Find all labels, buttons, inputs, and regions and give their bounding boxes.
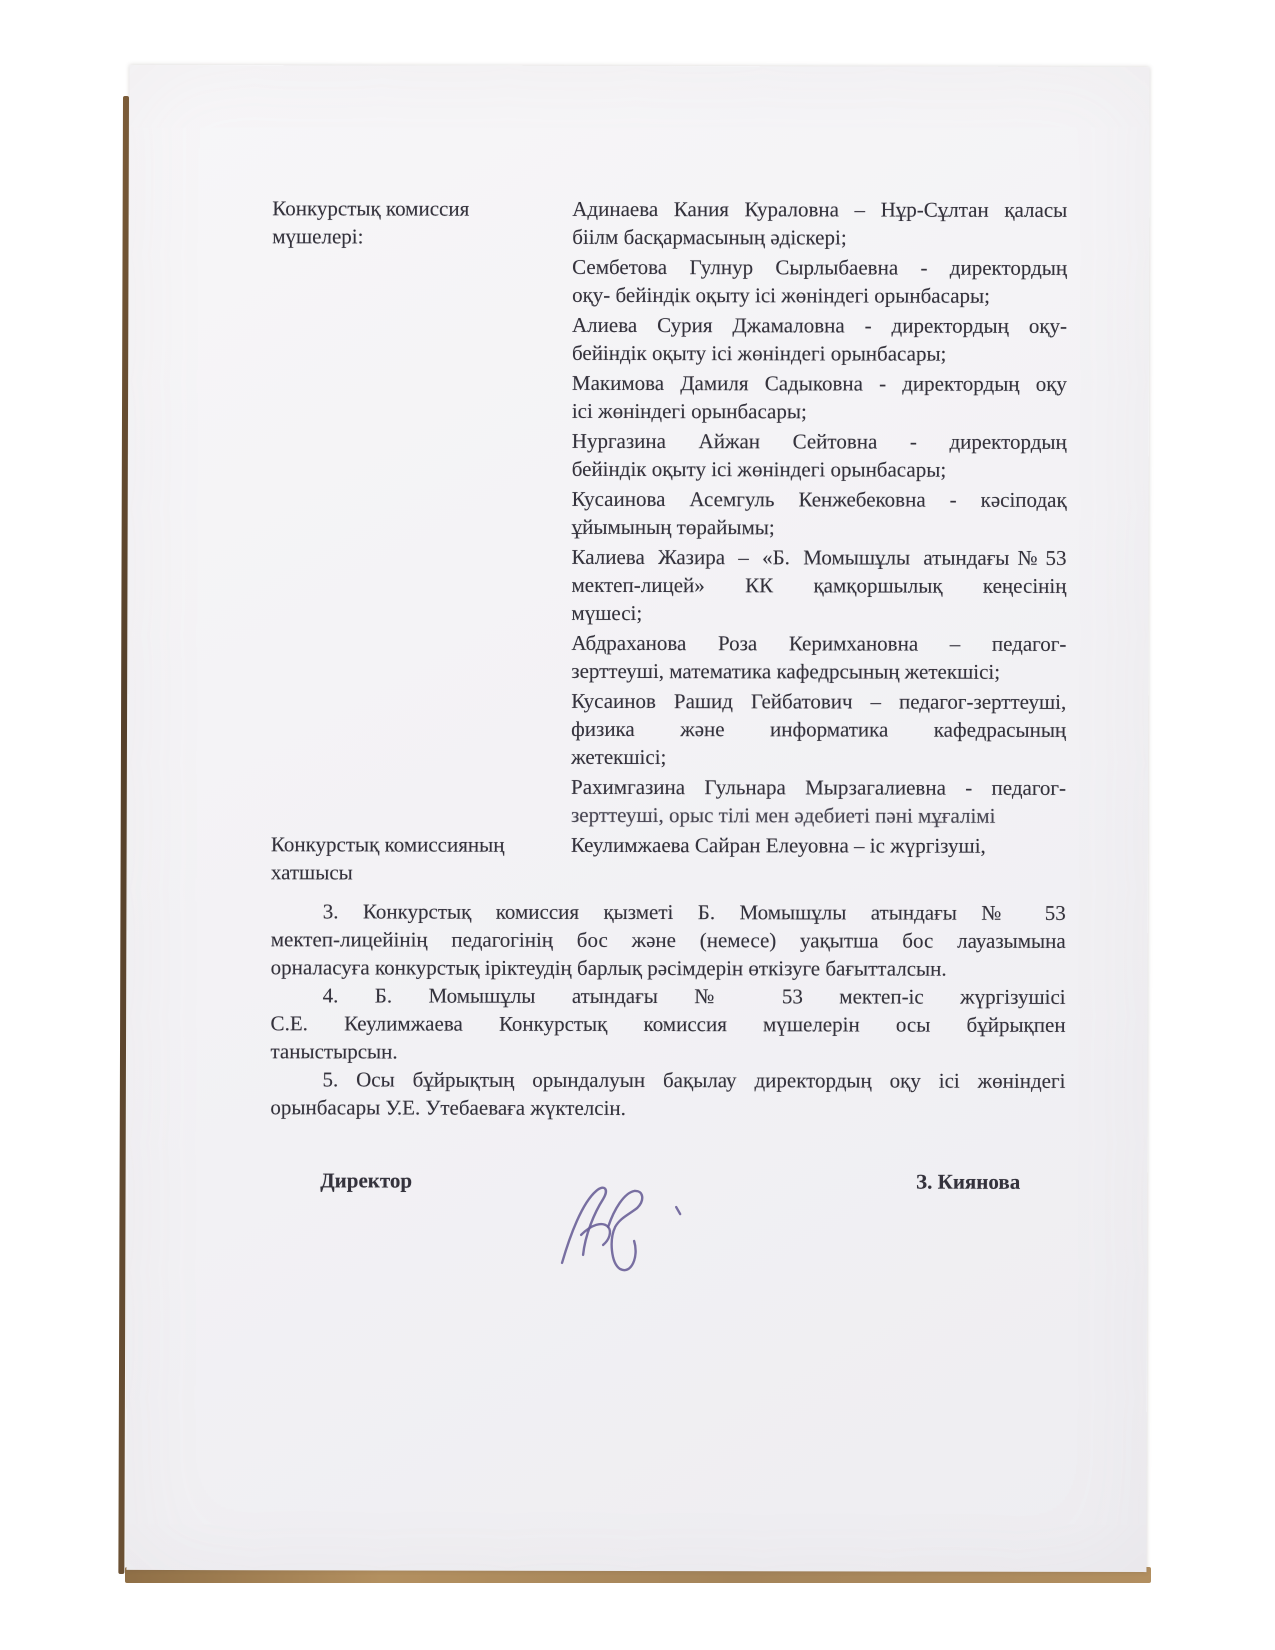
member-line: Кусаинова Асемгуль Кенжебековна - кәсіпо… bbox=[572, 485, 1067, 514]
document-page: Конкурстық комиссия мүшелері: Адинаева К… bbox=[126, 65, 1149, 1572]
member-line: Макимова Дамиля Садыковна - директордың … bbox=[572, 369, 1067, 398]
order-paragraph: 4. Б. Момышұлы атындағы № 53 мектеп-іс ж… bbox=[270, 981, 1065, 1067]
paragraph-line: С.Е. Кеулимжаева Конкурстық комиссия мүш… bbox=[271, 1009, 1066, 1039]
member-line: жетекшісі; bbox=[571, 743, 1066, 772]
label-line: хатшысы bbox=[271, 858, 571, 887]
label-line: Конкурстық комиссия bbox=[272, 194, 572, 223]
member-entry: Кусаинова Асемгуль Кенжебековна - кәсіпо… bbox=[572, 485, 1067, 542]
member-entry: Макимова Дамиля Садыковна - директордың … bbox=[572, 369, 1067, 426]
label-line: мүшелері: bbox=[272, 222, 572, 251]
member-line: Адинаева Кания Кураловна – Нұр-Сұлтан қа… bbox=[572, 195, 1067, 224]
member-entry: Адинаева Кания Кураловна – Нұр-Сұлтан қа… bbox=[572, 195, 1067, 252]
scanned-photo-background: Конкурстық комиссия мүшелері: Адинаева К… bbox=[0, 0, 1275, 1650]
member-line: Нургазина Айжан Сейтовна - директордың bbox=[572, 427, 1067, 456]
commission-members-section: Конкурстық комиссия мүшелері: Адинаева К… bbox=[271, 194, 1067, 832]
member-entry: Нургазина Айжан Сейтовна - директордың б… bbox=[572, 427, 1067, 484]
member-line: мектеп-лицей» КК қамқоршылық кеңесінің bbox=[571, 571, 1066, 600]
member-entry: Абдраханова Роза Керимхановна – педагог-… bbox=[571, 629, 1066, 686]
member-line: мүшесі; bbox=[571, 599, 1066, 628]
member-line: ісі жөніндегі орынбасары; bbox=[572, 397, 1067, 426]
document-content: Конкурстық комиссия мүшелері: Адинаева К… bbox=[270, 194, 1067, 1238]
member-line: Абдраханова Роза Керимхановна – педагог- bbox=[571, 629, 1066, 658]
paragraph-line: 3. Конкурстық комиссия қызметі Б. Момышұ… bbox=[271, 897, 1066, 927]
member-line: Алиева Сурия Джамаловна - директордың оқ… bbox=[572, 311, 1067, 340]
member-line: біілм басқармасының әдіскері; bbox=[572, 223, 1067, 252]
order-paragraph: 5. Осы бұйрықтың орындалуын бақылау дире… bbox=[270, 1065, 1065, 1123]
member-line: Калиева Жазира – «Б. Момышұлы атындағы№5… bbox=[572, 543, 1067, 572]
paragraph-line: таныстырсын. bbox=[270, 1037, 1065, 1067]
member-line: физика және информатика кафедрасының bbox=[571, 715, 1066, 744]
member-line: оқу- бейіндік оқыту ісі жөніндегі орынба… bbox=[572, 281, 1067, 310]
member-line: зерттеуші, математика кафедрсының жетекш… bbox=[571, 657, 1066, 686]
member-line: бейіндік оқыту ісі жөніндегі орынбасары; bbox=[572, 455, 1067, 484]
signoff-row: Директор З. Киянова bbox=[270, 1166, 1065, 1238]
member-entry: Калиева Жазира – «Б. Момышұлы атындағы№5… bbox=[571, 543, 1066, 628]
member-line: Кусаинов Рашид Гейбатович – педагог-зерт… bbox=[571, 687, 1066, 716]
member-line: бейіндік оқыту ісі жөніндегі орынбасары; bbox=[572, 339, 1067, 368]
director-name: З. Киянова bbox=[916, 1168, 1020, 1196]
handwritten-signature-icon bbox=[558, 1183, 682, 1277]
label-line: Конкурстық комиссияның bbox=[271, 830, 571, 859]
order-paragraph: 3. Конкурстық комиссия қызметі Б. Момышұ… bbox=[271, 897, 1066, 983]
secretary-value: Кеулимжаева Сайран Елеуовна – іс жүргізу… bbox=[571, 831, 1066, 888]
order-paragraphs: 3. Конкурстық комиссия қызметі Б. Момышұ… bbox=[270, 897, 1065, 1123]
paragraph-line: 4. Б. Момышұлы атындағы № 53 мектеп-іс ж… bbox=[271, 981, 1066, 1011]
member-line: зерттеуші, орыс тілі мен әдебиеті пәні м… bbox=[571, 801, 1066, 830]
member-entry: Рахимгазина Гульнара Мырзагалиевна - пед… bbox=[571, 773, 1066, 830]
commission-secretary-section: Конкурстық комиссияның хатшысы Кеулимжае… bbox=[271, 830, 1066, 888]
member-entry: Сембетова Гулнур Сырлыбаевна - директорд… bbox=[572, 253, 1067, 310]
paragraph-line: орналасуға конкурстық іріктеудің барлық … bbox=[271, 953, 1066, 983]
commission-members-list: Адинаева Кания Кураловна – Нұр-Сұлтан қа… bbox=[571, 195, 1067, 832]
director-role-label: Директор bbox=[320, 1166, 412, 1194]
paragraph-line: мектеп-лицейінің педагогінің бос және (н… bbox=[271, 925, 1066, 955]
member-entry: Алиева Сурия Джамаловна - директордың оқ… bbox=[572, 311, 1067, 368]
secretary-label: Конкурстық комиссияның хатшысы bbox=[271, 830, 571, 887]
paragraph-line: орынбасары У.Е. Утебаеваға жүктелсін. bbox=[270, 1093, 1065, 1123]
member-line: Сембетова Гулнур Сырлыбаевна - директорд… bbox=[572, 253, 1067, 282]
member-entry: Кусаинов Рашид Гейбатович – педагог-зерт… bbox=[571, 687, 1066, 772]
paragraph-line: 5. Осы бұйрықтың орындалуын бақылау дире… bbox=[270, 1065, 1065, 1095]
commission-members-label: Конкурстық комиссия мүшелері: bbox=[271, 194, 572, 831]
member-line: Рахимгазина Гульнара Мырзагалиевна - пед… bbox=[571, 773, 1066, 802]
member-line: ұйымының төрайымы; bbox=[572, 513, 1067, 542]
